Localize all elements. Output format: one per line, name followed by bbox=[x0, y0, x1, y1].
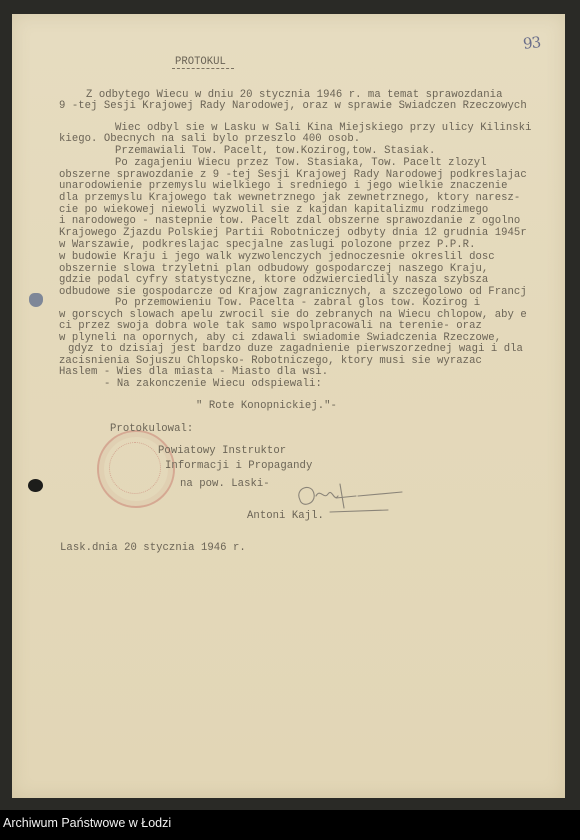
position-line-1: Powiatowy Instruktor bbox=[158, 446, 286, 457]
text-line: i narodowego - nastepnie tow. Pacelt zda… bbox=[59, 216, 520, 227]
text-line: gdyz to dzisiaj jest bardzo duze zagadni… bbox=[68, 344, 523, 355]
place-date: Lask.dnia 20 stycznia 1946 r. bbox=[60, 543, 246, 554]
official-stamp-icon bbox=[97, 430, 175, 508]
text-line: " Rote Konopnickiej."- bbox=[196, 401, 337, 412]
text-line: Haslem - Wies dla miasta - Miasto dla ws… bbox=[59, 367, 328, 378]
document-title: PROTOKUL bbox=[175, 56, 226, 68]
signatory-name: Antoni Kajl. bbox=[247, 511, 324, 522]
text-line: dla przemyslu Krajowego tak wewnetrznego… bbox=[59, 193, 520, 204]
text-line: Po przemowieniu Tow. Pacelta - zabral gl… bbox=[115, 298, 480, 309]
handwritten-page-number: 93 bbox=[522, 33, 541, 53]
stamp-inner-ring bbox=[109, 442, 161, 494]
text-line: kiego. Obecnych na sali bylo przeszlo 40… bbox=[59, 134, 360, 145]
position-line-3: na pow. Laski- bbox=[180, 479, 270, 490]
text-line: w Warszawie, podkreslajac specjalne zasl… bbox=[59, 240, 475, 251]
punch-hole-icon bbox=[28, 479, 43, 492]
text-line: Po zagajeniu Wiecu przez Tow. Stasiaka, … bbox=[115, 158, 487, 169]
text-line: Krajowego Zjazdu Polskiej Partii Robotni… bbox=[59, 228, 527, 239]
text-line: Przemawiali Tow. Pacelt, tow.Kozirog,tow… bbox=[115, 146, 435, 157]
punch-hole-icon bbox=[29, 293, 43, 307]
text-line: 9 -tej Sesji Krajowej Rady Narodowej, or… bbox=[59, 101, 527, 112]
archive-caption: Archiwum Państwowe w Łodzi bbox=[3, 816, 171, 830]
text-line: ci przez swoja dobra wole tak samo wspol… bbox=[59, 321, 482, 332]
text-line: unarodowienie przemyslu wielkiego i sred… bbox=[59, 181, 508, 192]
text-line: gdzie podal cyfry statystyczne, ktore od… bbox=[59, 275, 488, 286]
title-underline bbox=[172, 68, 234, 69]
protocolled-label: Protokulowal: bbox=[110, 424, 193, 435]
position-line-2: Informacji i Propagandy bbox=[165, 461, 312, 472]
text-line: w budowie Kraju i jego walk wyzwolenczyc… bbox=[59, 252, 495, 263]
text-line: - Na zakonczenie Wiecu odspiewali: bbox=[104, 379, 322, 390]
